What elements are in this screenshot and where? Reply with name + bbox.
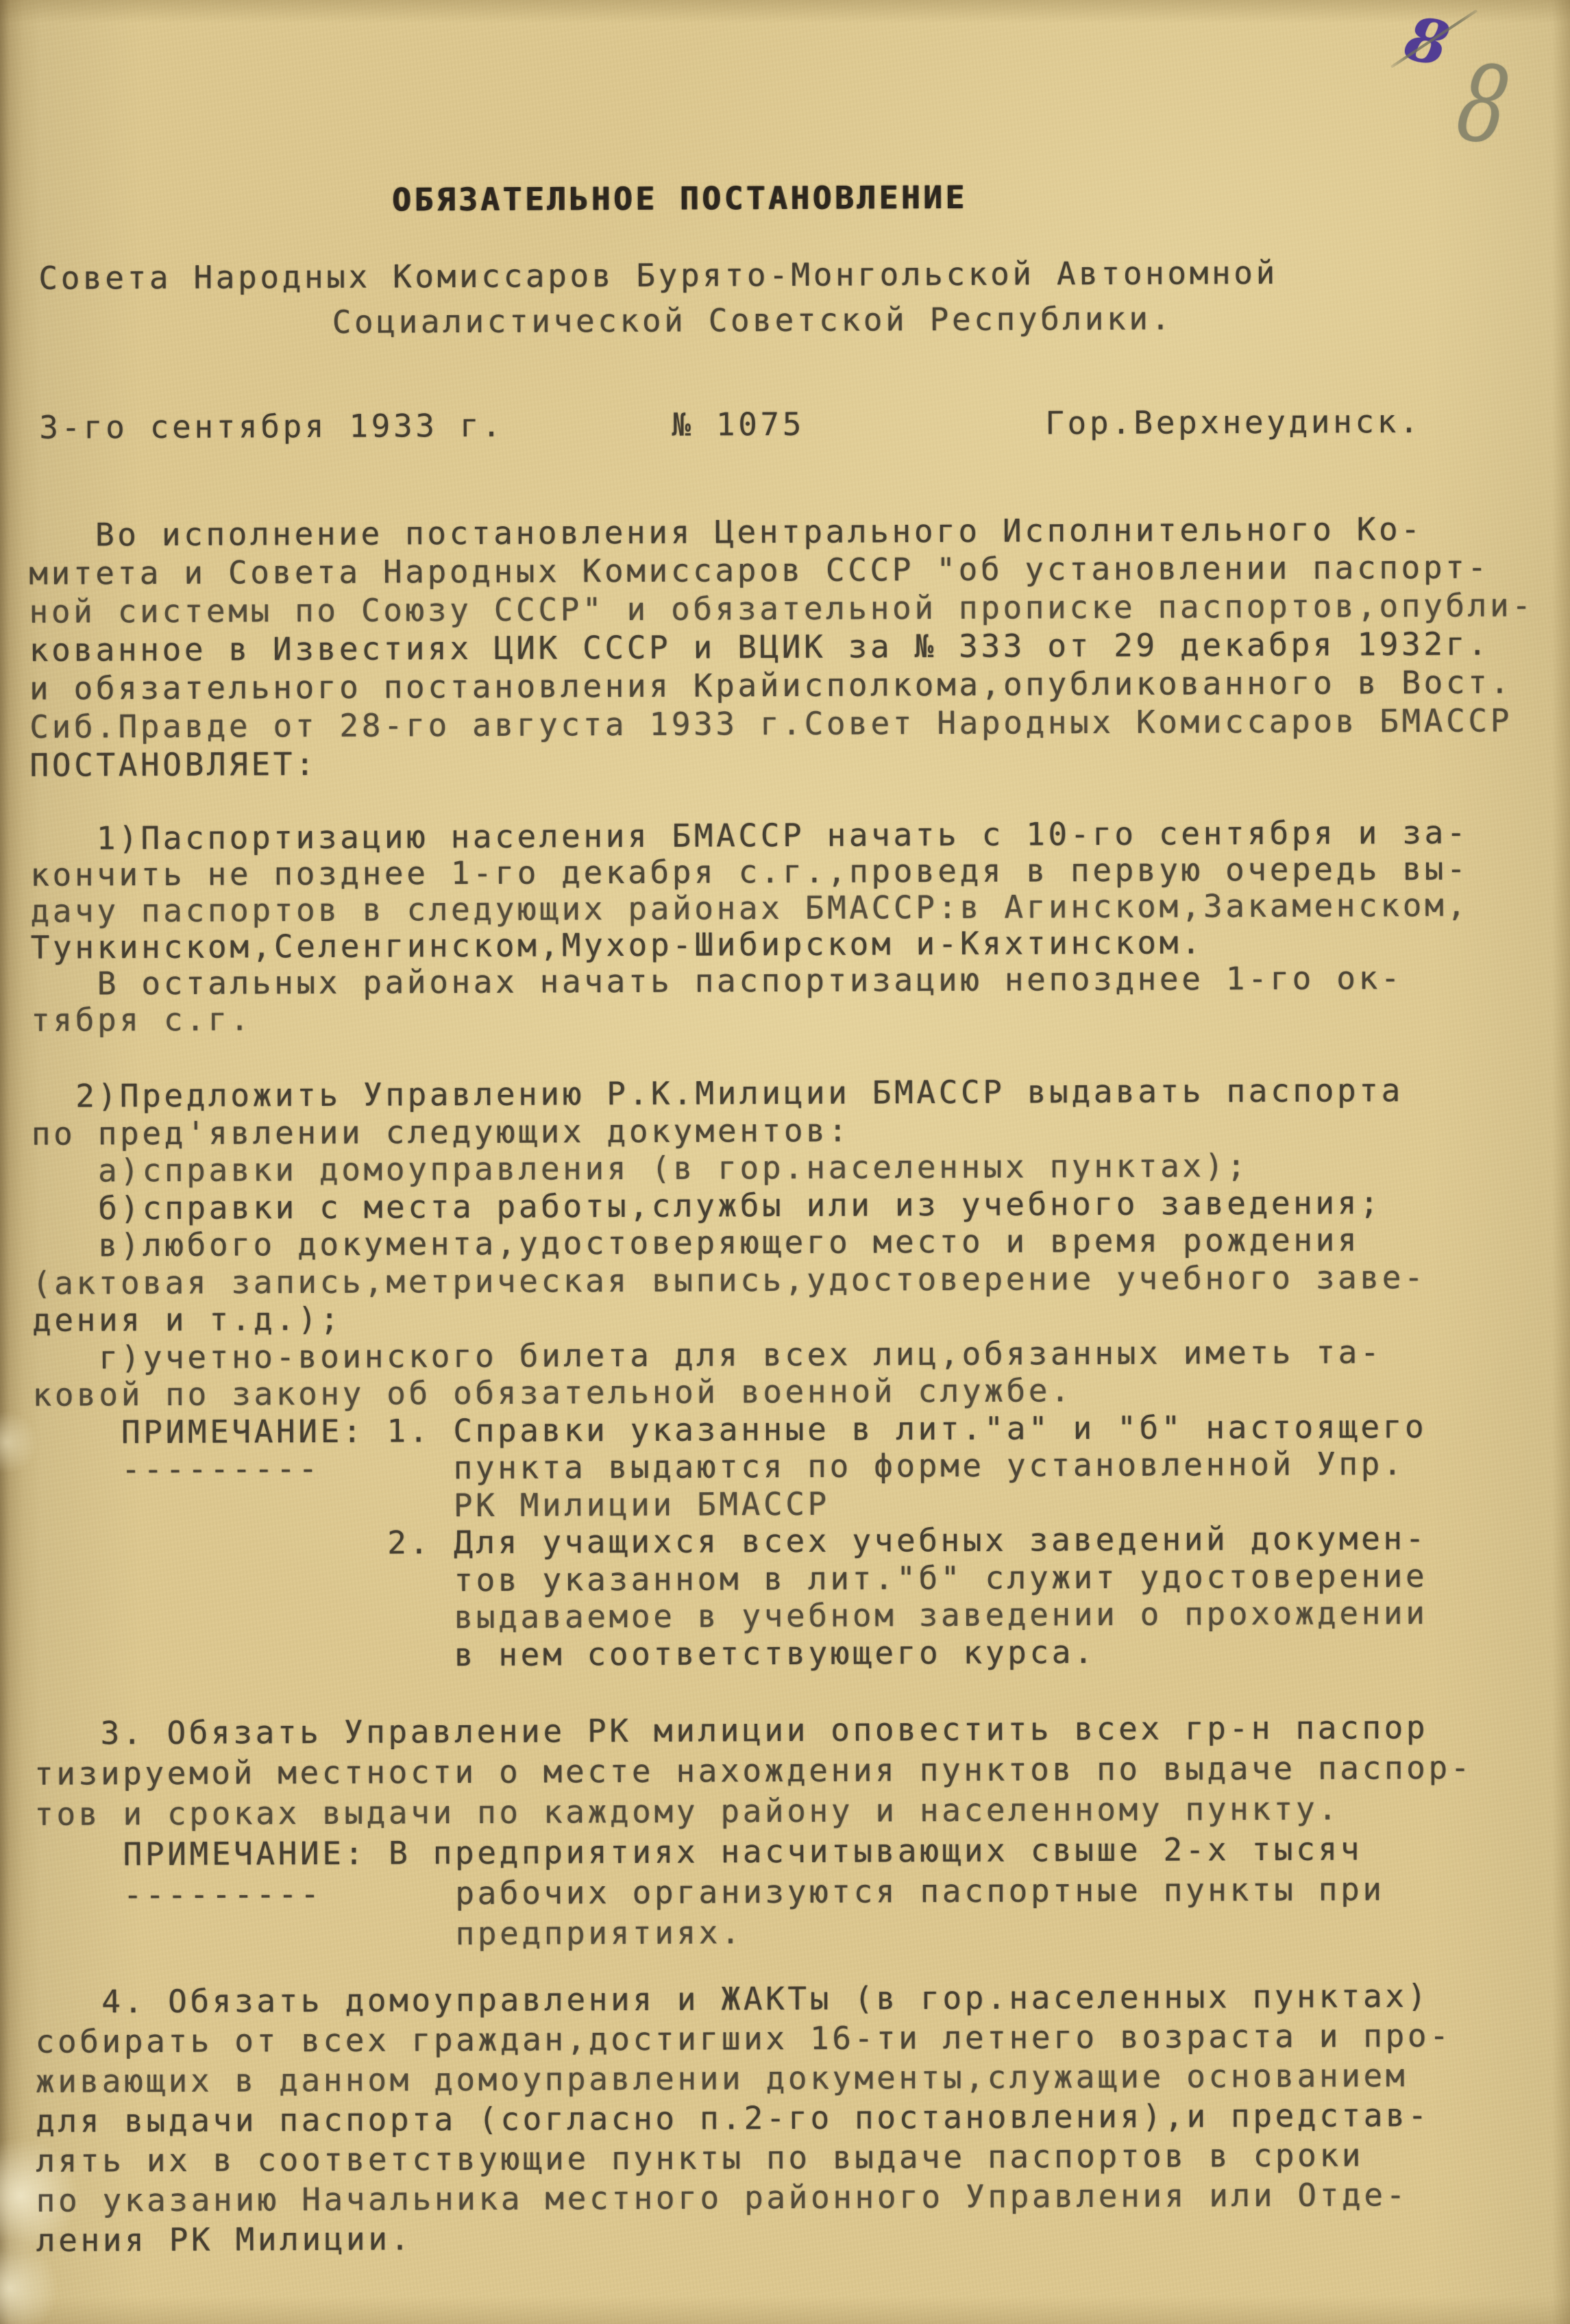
typed-line: предприятиях. [35,1909,1473,1956]
typed-line: в)любого документа,удостоверяющего место… [32,1221,1426,1264]
paragraph-point-2: 2)Предложить Управлению Р.К.Милиции БМАС… [31,1072,1427,1675]
typed-line: в нем соответствующего курса. [34,1631,1428,1674]
issuer-block: Совета Народных Комиссаров Бурято-Монгол… [38,250,1278,346]
typed-line: выдаваемое в учебном заведении о прохожд… [34,1594,1428,1637]
scanned-document-page: 8 8 ОБЯЗАТЕЛЬНОЕ ПОСТАНОВЛЕНИЕ Совета На… [0,0,1570,2324]
typed-line: по пред'явлении следующих документов: [32,1109,1426,1152]
typed-line: живающих в данном домоуправлении докумен… [36,2055,1452,2101]
typed-line: собирать от всех граждан,достигших 16-ти… [35,2016,1451,2062]
typed-line: Сиб.Правде от 28-го августа 1933 г.Совет… [29,701,1534,746]
date-number-place-row: 3-го сентября 1933 г. № 1075 Гор.Верхнеу… [39,402,1519,449]
typed-line: 3. Обязать Управление РК милиции оповест… [34,1707,1473,1754]
issuer-line-2: Социалистической Советской Республики. [332,295,1278,345]
paragraph-point-4: 4. Обязать домоуправления и ЖАКТы (в гор… [35,1976,1453,2260]
typed-line: дения и т.д.); [32,1296,1427,1339]
typed-line: г)учетно-воинского билета для всех лиц,о… [32,1333,1427,1376]
typed-line: ковой по закону об обязательной военной … [32,1370,1427,1413]
typed-line: и обязательного постановления Крайисполк… [29,663,1534,708]
typed-line: 4. Обязать домоуправления и ЖАКТы (в гор… [35,1976,1451,2022]
typed-line: ПРИМЕЧАНИЕ: В предприятиях насчитывающих… [34,1829,1473,1875]
typed-line: б)справки с места работы,службы или из у… [32,1183,1426,1226]
typed-line: тов указанном в лит."б" служит удостовер… [34,1557,1428,1600]
paragraph-intro: Во исполнение постановления Центрального… [29,509,1535,784]
typed-line: --------- пункта выдаются по форме устан… [33,1445,1427,1488]
typed-line: а)справки домоуправления (в гор.населенн… [32,1146,1426,1189]
typed-line: (актовая запись,метрическая выпись,удост… [32,1258,1427,1301]
typed-line: ПРИМЕЧАНИЕ: 1. Справки указанные в лит."… [33,1407,1427,1450]
typed-line: тизируемой местности о месте нахождения … [34,1748,1473,1794]
typed-line: для выдачи паспорта (согласно п.2-го пос… [36,2095,1452,2141]
typed-line: лять их в соответствующие пункты по выда… [36,2135,1452,2181]
document-title-block: ОБЯЗАТЕЛЬНОЕ ПОСТАНОВЛЕНИЕ [392,179,968,219]
typed-line: --------- рабочих организуются паспортны… [35,1869,1473,1916]
typed-line: кованное в Известиях ЦИК СССР и ВЦИК за … [29,624,1534,669]
typed-line: ной системы по Союзу СССР" и обязательно… [29,586,1534,631]
document-place: Гор.Верхнеудинск. [1045,403,1421,441]
typed-line: тября с.г. [31,996,1469,1039]
typed-line: В остальных районах начать паспортизацию… [31,960,1469,1002]
typed-line: дачу паспортов в следующих районах БМАСС… [30,887,1469,930]
document-date: 3-го сентября 1933 г. [39,407,504,446]
typed-line: Во исполнение постановления Центрального… [29,509,1534,554]
typed-line: РК Милиции БМАССР [33,1482,1427,1525]
typed-line: 2)Предложить Управлению Р.К.Милиции БМАС… [31,1072,1425,1115]
typed-line: по указанию Начальника местного районног… [36,2175,1452,2221]
typewritten-text-layer: ОБЯЗАТЕЛЬНОЕ ПОСТАНОВЛЕНИЕ Совета Народн… [0,0,1570,2324]
issuer-line-1: Совета Народных Комиссаров Бурято-Монгол… [38,250,1278,301]
typed-line: тов и сроках выдачи по каждому району и … [34,1788,1473,1835]
document-title: ОБЯЗАТЕЛЬНОЕ ПОСТАНОВЛЕНИЕ [392,179,968,219]
typed-line: 2. Для учащихся всех учебных заведений д… [33,1520,1427,1563]
paragraph-point-3: 3. Обязать Управление РК милиции оповест… [34,1707,1474,1956]
typed-line: ПОСТАНОВЛЯЕТ: [29,739,1534,784]
typed-line: митета и Совета Народных Комиссаров СССР… [29,547,1534,593]
typed-line: ления РК Милиции. [36,2214,1453,2260]
paragraph-point-1: 1)Паспортизацию населения БМАССР начать … [30,815,1470,1039]
document-number: № 1075 [672,406,805,443]
